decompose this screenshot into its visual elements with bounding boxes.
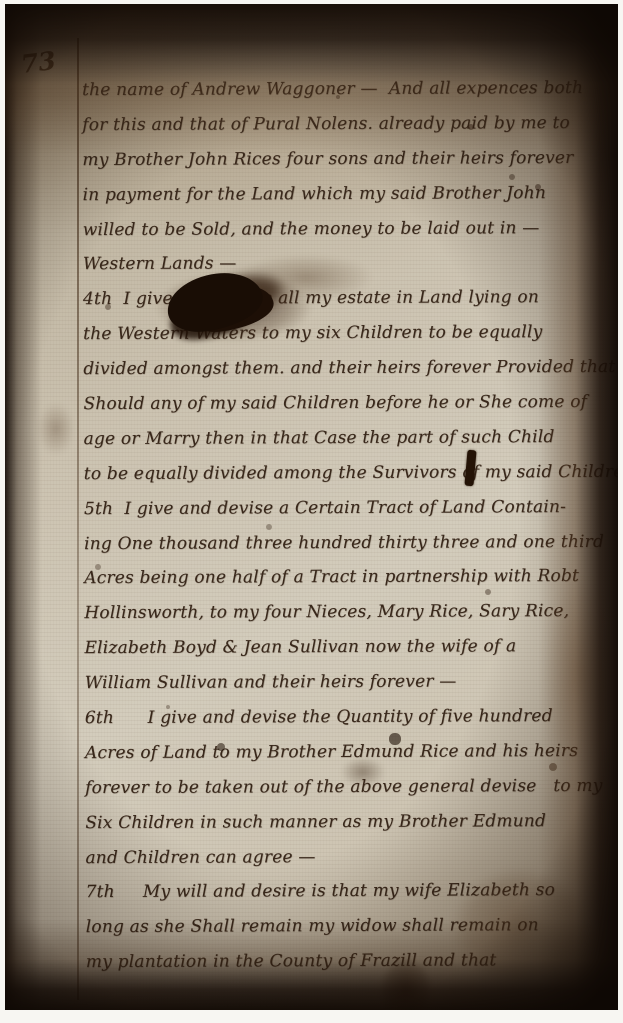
manuscript-line-3: my Brother John Rices four sons and thei… (82, 141, 602, 178)
document-photo: 73 the name of Andrew Waggoner — And all… (5, 4, 618, 1010)
manuscript-line-19: 6th I give and devise the Quantity of fi… (85, 699, 605, 736)
manuscript-line-23: and Children can agree — (85, 838, 605, 875)
manuscript-line-11: age or Marry then in that Case the part … (84, 420, 604, 457)
manuscript-line-17: Elizabeth Boyd & Jean Sullivan now the w… (84, 629, 604, 666)
ink-specks (5, 4, 9, 8)
manuscript-line-20: Acres of Land to my Brother Edmund Rice … (85, 734, 605, 771)
page-number: 73 (19, 46, 57, 79)
manuscript-line-25: long as she Shall remain my widow shall … (86, 908, 606, 945)
manuscript-line-26: my plantation in the County of Frazill a… (86, 943, 606, 980)
manuscript-line-22: Six Children in such manner as my Brothe… (85, 804, 605, 841)
manuscript-line-24: 7th My will and desire is that my wife E… (86, 873, 606, 910)
manuscript-line-4: in payment for the Land which my said Br… (82, 176, 602, 213)
manuscript-line-18: William Sullivan and their heirs forever… (85, 664, 605, 701)
manuscript-line-2: for this and that of Pural Nolens. alrea… (82, 106, 602, 143)
manuscript-line-14: ing One thousand three hundred thirty th… (84, 524, 604, 561)
manuscript-line-10: Should any of my said Children before he… (83, 385, 603, 422)
manuscript-line-13: 5th I give and devise a Certain Tract of… (84, 490, 604, 527)
manuscript-line-15: Acres being one half of a Tract in partn… (84, 559, 604, 596)
manuscript-line-16: Hollinsworth, to my four Nieces, Mary Ri… (84, 594, 604, 631)
scanned-document-page: { "document": { "page_number": "73", "li… (0, 0, 623, 1023)
manuscript-line-12: to be equally divided among the Survivor… (84, 455, 604, 492)
margin-rule-line (77, 38, 79, 1000)
manuscript-text-block: the name of Andrew Waggoner — And all ex… (82, 71, 606, 980)
manuscript-line-21: forever to be taken out of the above gen… (85, 769, 605, 806)
manuscript-line-1: the name of Andrew Waggoner — And all ex… (82, 71, 602, 108)
